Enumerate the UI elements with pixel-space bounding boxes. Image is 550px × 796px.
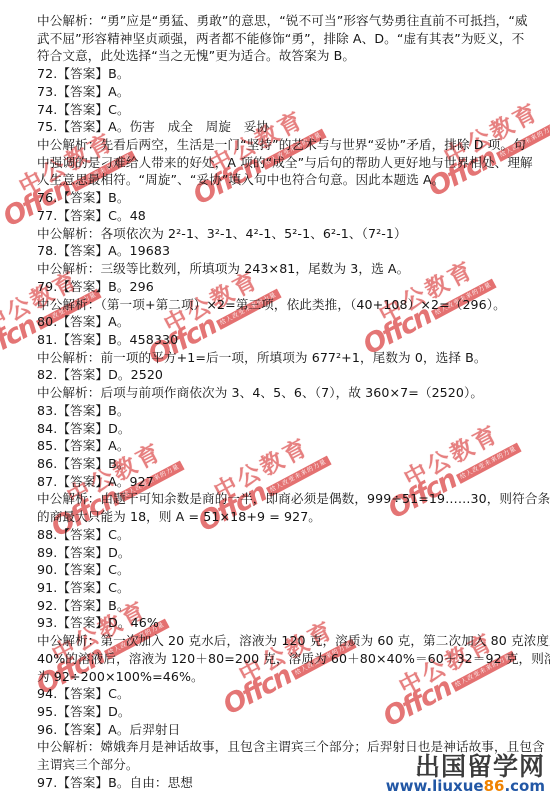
text-line: 中公解析：各项依次为 2²-1、3²-1、4²-1、5²-1、6²-1、（7²-… xyxy=(37,225,519,243)
text-line: 79.【答案】B。296 xyxy=(37,278,519,296)
text-line: 84.【答案】D。 xyxy=(37,420,519,438)
text-line: 77.【答案】C。48 xyxy=(37,207,519,225)
text-line: 符合文意，此处选择“当之无愧”更为适合。故答案为 B。 xyxy=(37,47,519,65)
document-page: 中公教育Offcn给人改变未来的力量中公教育Offcn给人改变未来的力量中公教育… xyxy=(0,0,550,796)
text-line: 74.【答案】C。 xyxy=(37,101,519,119)
logo-site-url: www.liuxue86.com xyxy=(386,779,545,794)
text-line: 93.【答案】D。46% xyxy=(37,614,519,632)
text-line: 95.【答案】D。 xyxy=(37,703,519,721)
logo-url-prefix: www.liuxue xyxy=(386,777,484,795)
text-line: 94.【答案】C。 xyxy=(37,685,519,703)
text-line: 的商最大只能为 18，则 A = 51×18+9 = 927。 xyxy=(37,508,519,526)
text-line: 90.【答案】C。 xyxy=(37,561,519,579)
text-line: 中公解析：后项与前项作商依次为 3、4、5、6、（7），故 360×7=（252… xyxy=(37,384,519,402)
text-line: 96.【答案】A。后羿射日 xyxy=(37,721,519,739)
text-line: 73.【答案】A。 xyxy=(37,83,519,101)
text-line: 72.【答案】B。 xyxy=(37,65,519,83)
text-line: 91.【答案】C。 xyxy=(37,579,519,597)
text-line: 为 92÷200×100%=46%。 xyxy=(37,668,519,686)
text-line: 85.【答案】A。 xyxy=(37,437,519,455)
answer-key-text: 中公解析：“勇”应是“勇猛、勇敢”的意思，“锐不可当”形容气势勇往直前不可抵挡，… xyxy=(37,12,519,792)
text-line: 人生意思最相符。“周旋”、“妥协”填入句中也符合句意。因此本题选 A。 xyxy=(37,171,519,189)
text-line: 75.【答案】A。伤害 成全 周旋 妥协 xyxy=(37,118,519,136)
text-line: 81.【答案】B。458330 xyxy=(37,331,519,349)
text-line: 92.【答案】B。 xyxy=(37,597,519,615)
text-line: 中公解析：“勇”应是“勇猛、勇敢”的意思，“锐不可当”形容气势勇往直前不可抵挡，… xyxy=(37,12,519,30)
text-line: 83.【答案】B。 xyxy=(37,402,519,420)
text-line: 中公解析：第一次加入 20 克水后，溶液为 120 克，溶质为 60 克，第二次… xyxy=(37,632,519,650)
logo-site-name: 出国留学网 xyxy=(386,754,545,779)
text-line: 中公解析：前一项的平方+1=后一项，所填项为 677²+1，尾数为 0，选择 B… xyxy=(37,349,519,367)
text-line: 武不屈”形容精神坚贞顽强，两者都不能修饰“勇”，排除 A、D。“虚有其表”为贬义… xyxy=(37,30,519,48)
offcn-script-logo: Offcn xyxy=(0,314,40,369)
liuxue86-logo: 出国留学网 www.liuxue86.com xyxy=(380,754,545,794)
text-line: 中公解析：三级等比数列，所填项为 243×81，尾数为 3，选 A。 xyxy=(37,260,519,278)
text-line: 82.【答案】D。2520 xyxy=(37,366,519,384)
text-line: 76.【答案】B。 xyxy=(37,189,519,207)
text-line: 中公解析：（第一项+第二项）×2=第三项，依此类推，（40+108）×2=（29… xyxy=(37,296,519,314)
text-line: 80.【答案】A。 xyxy=(37,313,519,331)
text-line: 中强调的是刁难给人带来的好处，A 项的“成全”与后句的帮助人更好地与世界相处、理… xyxy=(37,154,519,172)
text-line: 中公解析：由题干可知余数是商的一半，即商必须是偶数，999÷51=19……30，… xyxy=(37,490,519,508)
logo-url-highlight: 86 xyxy=(484,777,505,795)
text-line: 86.【答案】B。 xyxy=(37,455,519,473)
text-line: 78.【答案】A。19683 xyxy=(37,242,519,260)
text-line: 88.【答案】C。 xyxy=(37,526,519,544)
text-line: 87.【答案】A。927 xyxy=(37,473,519,491)
logo-url-suffix: .com xyxy=(504,777,545,795)
text-line: 中公解析：先看后两空，生活是一门“坚持”的艺术与与世界“妥协”矛盾，排除 D 项… xyxy=(37,136,519,154)
text-line: 89.【答案】D。 xyxy=(37,544,519,562)
text-line: 40%的溶液后，溶液为 120＋80=200 克，溶质为 60＋80×40%＝6… xyxy=(37,650,519,668)
